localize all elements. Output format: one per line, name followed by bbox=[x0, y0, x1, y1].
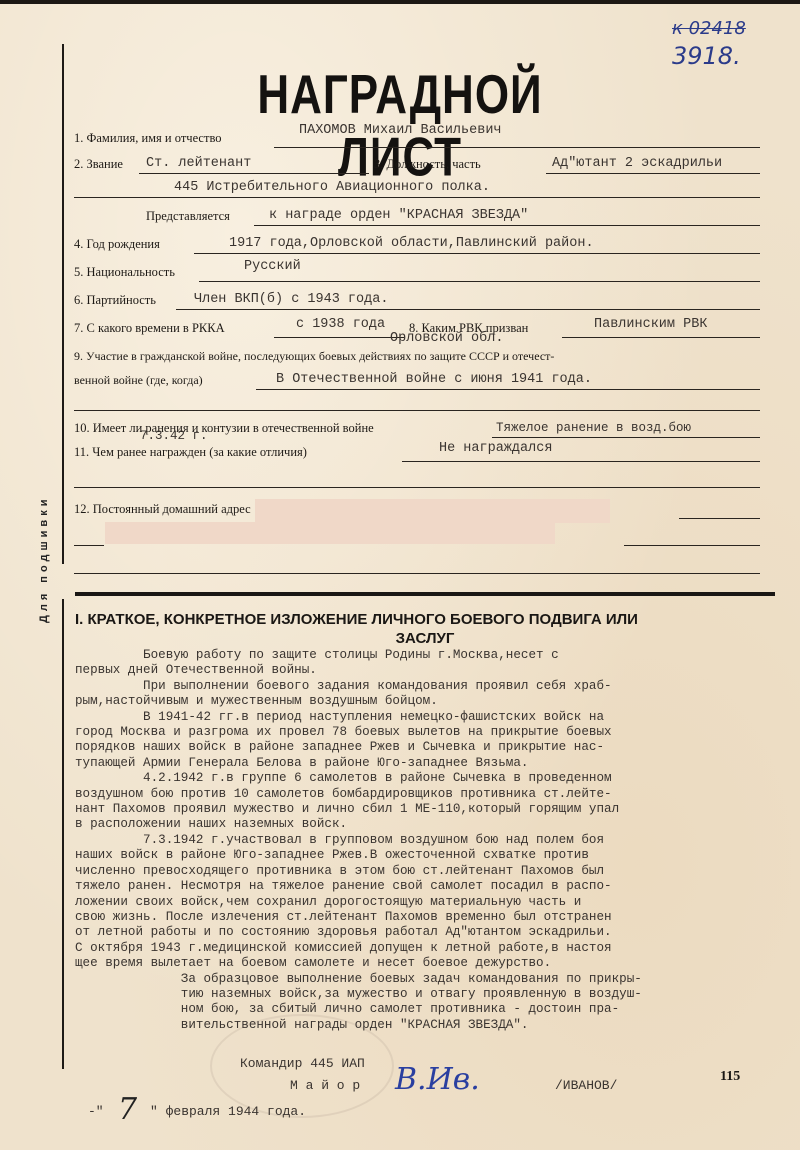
field-11-blank-row bbox=[74, 466, 760, 488]
field-5-row: 5. Национальность Русский bbox=[74, 260, 760, 282]
field-3-cont-row: 445 Истребительного Авиационного полка. bbox=[74, 176, 760, 198]
field-11-underline bbox=[402, 461, 760, 463]
archive-mark-crossed: к 02418 bbox=[672, 18, 746, 39]
field-11-label: 11. Чем ранее награжден (за какие отличи… bbox=[74, 445, 307, 460]
field-11-row: 11. Чем ранее награжден (за какие отличи… bbox=[74, 440, 760, 462]
field-3-value: Ад"ютант 2 эскадрильи bbox=[552, 156, 722, 171]
binding-line-lower bbox=[62, 599, 64, 1069]
section-1-heading-line2: ЗАСЛУГ bbox=[75, 629, 775, 648]
archive-mark: 3918. bbox=[672, 42, 741, 70]
field-2-value: Ст. лейтенант bbox=[146, 156, 251, 171]
field-9-row: 9. Участие в гражданской войне, последую… bbox=[74, 344, 760, 366]
section-1-heading: I. КРАТКОЕ, КОНКРЕТНОЕ ИЗЛОЖЕНИЕ ЛИЧНОГО… bbox=[75, 610, 775, 648]
field-4-value: 1917 года,Орловской области,Павлинский р… bbox=[229, 236, 594, 251]
field-11-value: Не награждался bbox=[439, 441, 552, 456]
field-1-label: 1. Фамилия, имя и отчество bbox=[74, 131, 222, 146]
date-day-handwritten: 7 bbox=[118, 1092, 137, 1127]
field-7-underline bbox=[274, 337, 404, 339]
field-9-cont-row: венной войне (где, когда) В Отечественно… bbox=[74, 368, 760, 390]
field-10-underline bbox=[492, 437, 760, 439]
field-11-blank-underline bbox=[74, 487, 760, 489]
field-9-blank-row bbox=[74, 389, 760, 411]
field-2-3-row: 2. Звание Ст. лейтенант 3. Должность, ча… bbox=[74, 152, 760, 174]
date-suffix: " февраля 1944 года. bbox=[150, 1104, 306, 1119]
redacted-address bbox=[255, 499, 610, 523]
field-9-value: В Отечественной войне с июня 1941 года. bbox=[276, 372, 592, 387]
side-label: Для подшивки bbox=[38, 459, 58, 659]
field-8-underline bbox=[562, 337, 760, 339]
nominated-label: Представляется bbox=[146, 209, 230, 224]
nominated-row: Представляется к награде орден "КРАСНАЯ … bbox=[74, 204, 760, 226]
field-3-label: 3. Должность, часть bbox=[374, 157, 481, 172]
section-1-body: Боевую работу по защите столицы Родины г… bbox=[75, 648, 780, 1033]
page-number: 115 bbox=[720, 1069, 740, 1085]
field-5-label: 5. Национальность bbox=[74, 265, 175, 280]
field-7-value: с 1938 года bbox=[296, 317, 385, 332]
field-2-label: 2. Звание bbox=[74, 157, 123, 172]
field-3-value-cont: 445 Истребительного Авиационного полка. bbox=[174, 180, 490, 195]
field-4-row: 4. Год рождения 1917 года,Орловской обла… bbox=[74, 232, 760, 254]
field-6-value: Член ВКП(б) с 1943 года. bbox=[194, 292, 388, 307]
field-9-blank-underline bbox=[74, 410, 760, 412]
field-4-label: 4. Год рождения bbox=[74, 237, 160, 252]
award-sheet-page: Для подшивки к 02418 3918. НАГРАДНОЙ ЛИС… bbox=[0, 4, 800, 1150]
field-12-underline bbox=[679, 518, 760, 520]
commander-name: /ИВАНОВ/ bbox=[555, 1078, 617, 1093]
field-1-underline bbox=[274, 147, 760, 149]
field-7-label: 7. С какого времени в РККА bbox=[74, 321, 225, 336]
field-12-cont-underline-left bbox=[74, 545, 104, 547]
binding-line bbox=[62, 44, 64, 564]
field-5-value: Русский bbox=[244, 259, 301, 274]
nominated-value: к награде орден "КРАСНАЯ ЗВЕЗДА" bbox=[269, 208, 528, 223]
date-prefix: -" bbox=[88, 1104, 104, 1119]
field-3-underline bbox=[546, 173, 760, 175]
commander-title: Командир 445 ИАП bbox=[240, 1056, 365, 1071]
field-2-underline bbox=[139, 173, 369, 175]
field-6-label: 6. Партийность bbox=[74, 293, 156, 308]
field-10-label: 10. Имеет ли ранения и контузии в отечес… bbox=[74, 421, 374, 436]
field-6-underline bbox=[176, 309, 760, 311]
field-12-blank-row bbox=[74, 552, 760, 574]
field-12-label: 12. Постоянный домашний адрес bbox=[74, 502, 251, 517]
field-12-cont-underline-right bbox=[624, 545, 760, 547]
commander-rank: М а й о р bbox=[290, 1078, 360, 1093]
section-divider bbox=[75, 592, 775, 596]
field-1-row: 1. Фамилия, имя и отчество ПАХОМОВ Михаи… bbox=[74, 126, 760, 148]
field-3-cont-underline bbox=[74, 197, 760, 199]
field-12-blank-underline bbox=[74, 573, 760, 575]
field-4-underline bbox=[194, 253, 760, 255]
handwritten-signature: В.Ив. bbox=[395, 1062, 480, 1097]
field-9-label-cont: венной войне (где, когда) bbox=[74, 373, 203, 388]
section-1-heading-line1: I. КРАТКОЕ, КОНКРЕТНОЕ ИЗЛОЖЕНИЕ ЛИЧНОГО… bbox=[75, 611, 638, 628]
field-8-value: Павлинским РВК bbox=[594, 317, 707, 332]
field-1-value: ПАХОМОВ Михаил Васильевич bbox=[299, 123, 502, 138]
field-10-value: Тяжелое ранение в возд.бою bbox=[496, 421, 691, 435]
field-6-row: 6. Партийность Член ВКП(б) с 1943 года. bbox=[74, 288, 760, 310]
field-5-underline bbox=[199, 281, 760, 283]
nominated-underline bbox=[254, 225, 760, 227]
field-12-cont-row bbox=[74, 524, 760, 546]
field-9-label: 9. Участие в гражданской войне, последую… bbox=[74, 349, 554, 364]
